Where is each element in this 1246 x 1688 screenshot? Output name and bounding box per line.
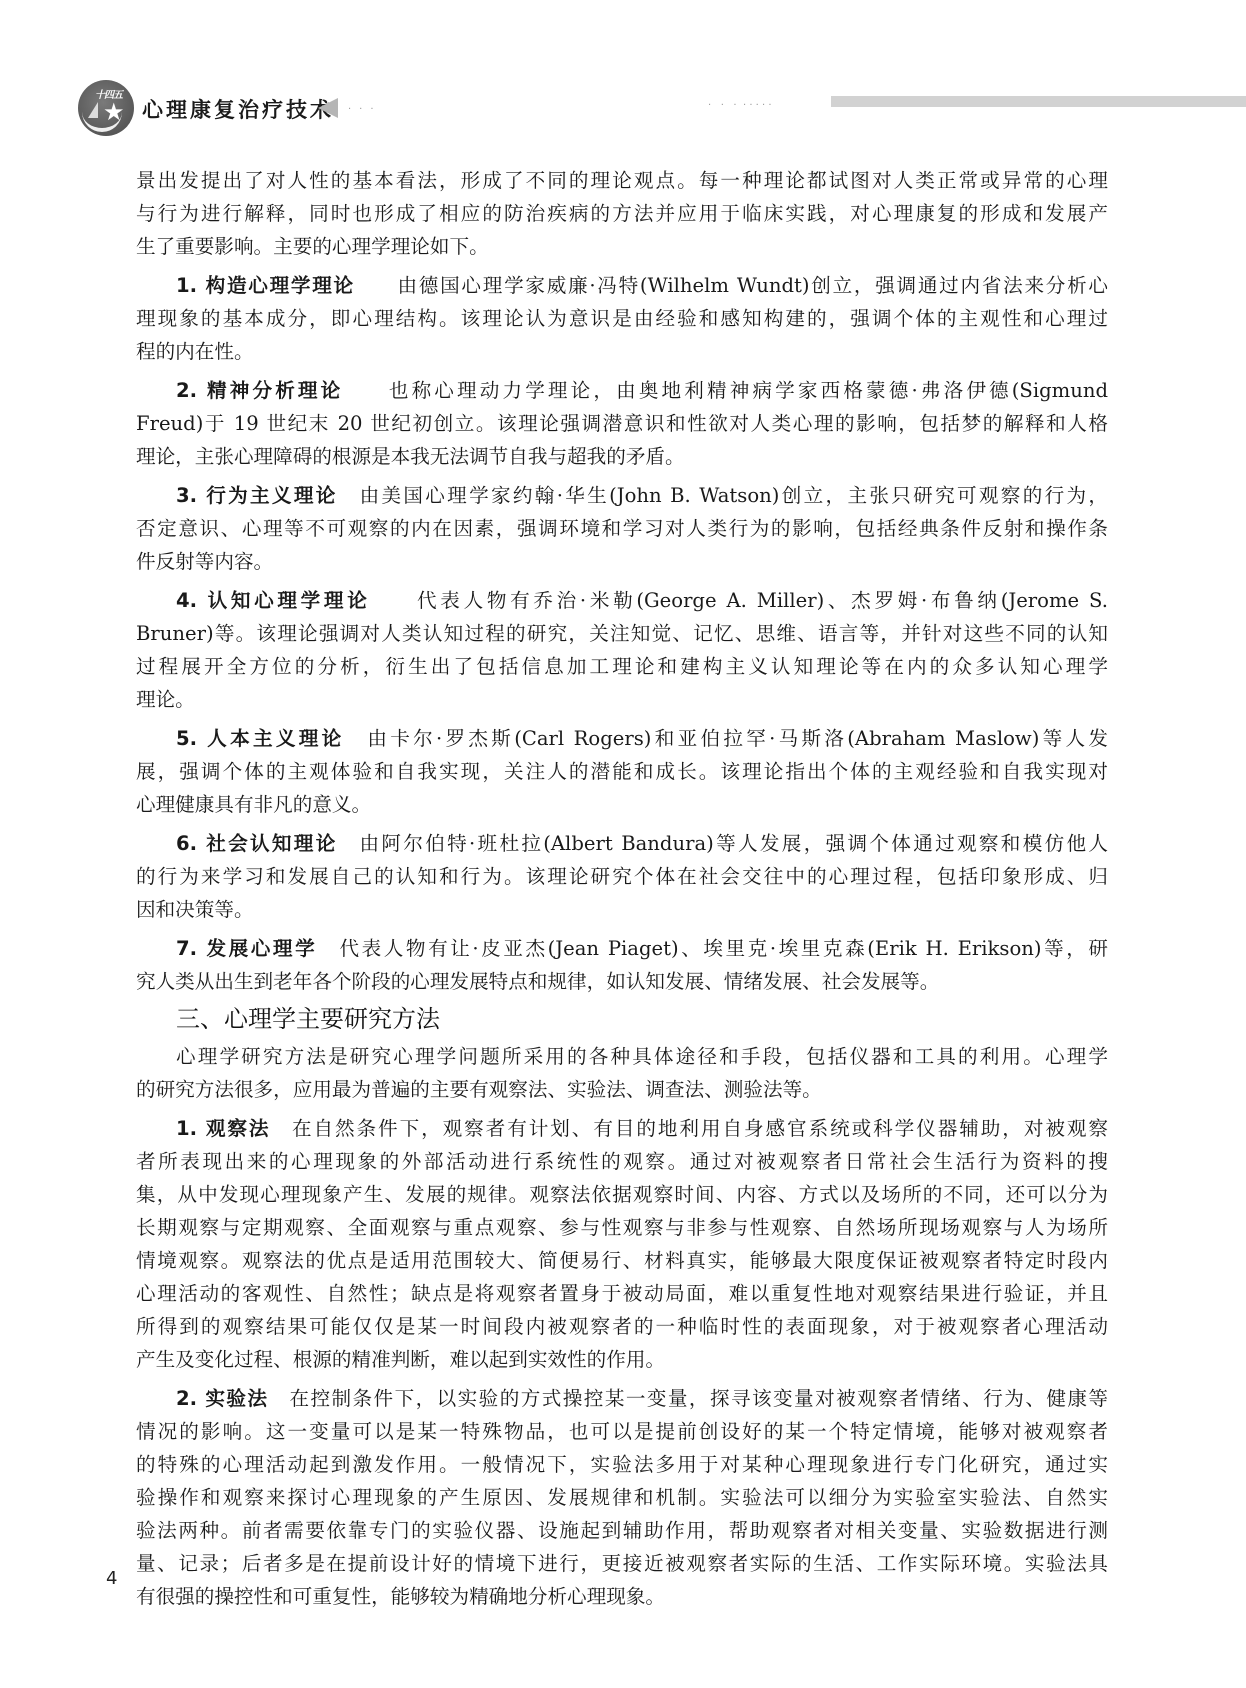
theory-heading: 1. 构造心理学理论	[176, 274, 355, 297]
paragraph-line: 理现象的基本成分，即心理结构。该理论认为意识是由经验和感知构建的，强调个体的主观…	[136, 302, 1108, 335]
theory-2-first-line: 2. 精神分析理论 也称心理动力学理论，由奥地利精神病学家西格蒙德·弗洛伊德(S…	[136, 374, 1108, 407]
theory-text: 代表人物有乔治·米勒(George A. Miller)、杰罗姆·布鲁纳(Jer…	[417, 589, 1108, 612]
method-text: 在自然条件下，观察者有计划、有目的地利用自身感官系统或科学仪器辅助，对被观察	[292, 1117, 1108, 1140]
paragraph-line: Bruner)等。该理论强调对人类认知过程的研究，关注知觉、记忆、思维、语言等，…	[136, 617, 1108, 650]
paragraph-line: 有很强的操控性和可重复性，能够较为精确地分析心理现象。	[136, 1580, 1108, 1613]
paragraph-line: 所得到的观察结果可能仅仅是某一时间段内被观察者的一种临时性的表面现象，对于被观察…	[136, 1310, 1108, 1343]
paragraph-line: 心理活动的客观性、自然性；缺点是将观察者置身于被动局面，难以重复性地对观察结果进…	[136, 1277, 1108, 1310]
method-2-first-line: 2. 实验法 在控制条件下，以实验的方式操控某一变量，探寻该变量对被观察者情绪、…	[136, 1382, 1108, 1415]
theory-3-first-line: 3. 行为主义理论 由美国心理学家约翰·华生(John B. Watson)创立…	[136, 479, 1108, 512]
paragraph-line: 究人类从出生到老年各个阶段的心理发展特点和规律，如认知发展、情绪发展、社会发展等…	[136, 965, 1108, 998]
paragraph-line: 者所表现出来的心理现象的外部活动进行系统性的观察。通过对被观察者日常社会生活行为…	[136, 1145, 1108, 1178]
theory-1-first-line: 1. 构造心理学理论 由德国心理学家威廉·冯特(Wilhelm Wundt)创立…	[136, 269, 1108, 302]
theory-heading: 7. 发展心理学	[176, 937, 317, 960]
paragraph-line: 集，从中发现心理现象产生、发展的规律。观察法依据观察时间、内容、方式以及场所的不…	[136, 1178, 1108, 1211]
theory-heading: 6. 社会认知理论	[176, 832, 338, 855]
paragraph-line: 景出发提出了对人性的基本看法，形成了不同的理论观点。每一种理论都试图对人类正常或…	[136, 164, 1108, 197]
page-header: ★ 十四五 心理康复治疗技术 ··· · · · · · · · ·	[0, 0, 1246, 150]
paragraph-line: 情境观察。观察法的优点是适用范围较大、简便易行、材料真实，能够最大限度保证被观察…	[136, 1244, 1108, 1277]
paragraph-line: 长期观察与定期观察、全面观察与重点观察、参与性观察与非参与性观察、自然场所现场观…	[136, 1211, 1108, 1244]
theory-heading: 5. 人本主义理论	[176, 727, 344, 750]
paragraph-line: 程的内在性。	[136, 335, 1108, 368]
paragraph-line: 因和决策等。	[136, 893, 1108, 926]
star-icon: ★	[103, 100, 125, 124]
theory-text: 由美国心理学家约翰·华生(John B. Watson)创立，主张只研究可观察的…	[360, 484, 1108, 507]
paragraph-line: 生了重要影响。主要的心理学理论如下。	[136, 230, 1108, 263]
paragraph-line: Freud)于 19 世纪末 20 世纪初创立。该理论强调潜意识和性欲对人类心理…	[136, 407, 1108, 440]
theory-text: 也称心理动力学理论，由奥地利精神病学家西格蒙德·弗洛伊德(Sigmund	[389, 379, 1108, 402]
method-heading: 2. 实验法	[176, 1387, 268, 1410]
method-1-first-line: 1. 观察法 在自然条件下，观察者有计划、有目的地利用自身感官系统或科学仪器辅助…	[136, 1112, 1108, 1145]
paragraph-line: 理论。	[136, 683, 1108, 716]
theory-text: 由卡尔·罗杰斯(Carl Rogers)和亚伯拉罕·马斯洛(Abraham Ma…	[367, 727, 1108, 750]
header-bar	[831, 96, 1246, 107]
paragraph-line: 验操作和观察来探讨心理现象的产生原因、发展规律和机制。实验法可以细分为实验室实验…	[136, 1481, 1108, 1514]
method-text: 在控制条件下，以实验的方式操控某一变量，探寻该变量对被观察者情绪、行为、健康等	[289, 1387, 1108, 1410]
arrow-left-icon	[318, 98, 338, 118]
paragraph-line: 过程展开全方位的分析，衍生出了包括信息加工理论和建构主义认知理论等在内的众多认知…	[136, 650, 1108, 683]
theory-heading: 4. 认知心理学理论	[176, 589, 370, 612]
theory-5-first-line: 5. 人本主义理论 由卡尔·罗杰斯(Carl Rogers)和亚伯拉罕·马斯洛(…	[136, 722, 1108, 755]
theory-text: 由阿尔伯特·班杜拉(Albert Bandura)等人发展，强调个体通过观察和模…	[360, 832, 1108, 855]
page-number: 4	[106, 1568, 117, 1589]
paragraph-line: 理论，主张心理障碍的根源是本我无法调节自我与超我的矛盾。	[136, 440, 1108, 473]
theory-7-first-line: 7. 发展心理学 代表人物有让·皮亚杰(Jean Piaget)、埃里克·埃里克…	[136, 932, 1108, 965]
theory-heading: 2. 精神分析理论	[176, 379, 343, 402]
series-logo-icon: ★ 十四五	[78, 80, 134, 136]
paragraph-line: 否定意识、心理等不可观察的内在因素，强调环境和学习对人类行为的影响，包括经典条件…	[136, 512, 1108, 545]
theory-text: 代表人物有让·皮亚杰(Jean Piaget)、埃里克·埃里克森(Erik H.…	[339, 937, 1108, 960]
method-heading: 1. 观察法	[176, 1117, 270, 1140]
theory-4-first-line: 4. 认知心理学理论 代表人物有乔治·米勒(George A. Miller)、…	[136, 584, 1108, 617]
book-title: 心理康复治疗技术	[142, 94, 334, 124]
paragraph-line: 的研究方法很多，应用最为普遍的主要有观察法、实验法、调查法、测验法等。	[136, 1073, 1108, 1106]
section-title: 三、心理学主要研究方法	[136, 998, 1108, 1040]
paragraph-line: 情况的影响。这一变量可以是某一特殊物品，也可以是提前创设好的某一个特定情境，能够…	[136, 1415, 1108, 1448]
paragraph-line: 的特殊的心理活动起到激发作用。一般情况下，实验法多用于对某种心理现象进行专门化研…	[136, 1448, 1108, 1481]
decorative-dots-right: · · · · · · · ·	[708, 100, 772, 111]
theory-6-first-line: 6. 社会认知理论 由阿尔伯特·班杜拉(Albert Bandura)等人发展，…	[136, 827, 1108, 860]
theory-heading: 3. 行为主义理论	[176, 484, 338, 507]
paragraph-line: 产生及变化过程、根源的精准判断，难以起到实效性的作用。	[136, 1343, 1108, 1376]
paragraph-line: 件反射等内容。	[136, 545, 1108, 578]
paragraph-line: 的行为来学习和发展自己的认知和行为。该理论研究个体在社会交往中的心理过程，包括印…	[136, 860, 1108, 893]
paragraph-line: 与行为进行解释，同时也形成了相应的防治疾病的方法并应用于临床实践，对心理康复的形…	[136, 197, 1108, 230]
paragraph-line: 量、记录；后者多是在提前设计好的情境下进行，更接近被观察者实际的生活、工作实际环…	[136, 1547, 1108, 1580]
paragraph-line: 心理学研究方法是研究心理学问题所采用的各种具体途径和手段，包括仪器和工具的利用。…	[136, 1040, 1108, 1073]
paragraph-line: 验法两种。前者需要依靠专门的实验仪器、设施起到辅助作用，帮助观察者对相关变量、实…	[136, 1514, 1108, 1547]
decorative-dots-left: ···	[348, 104, 382, 115]
page-body: 景出发提出了对人性的基本看法，形成了不同的理论观点。每一种理论都试图对人类正常或…	[136, 164, 1108, 1613]
paragraph-line: 心理健康具有非凡的意义。	[136, 788, 1108, 821]
logo-text: 十四五	[95, 86, 122, 101]
paragraph-line: 展，强调个体的主观体验和自我实现，关注人的潜能和成长。该理论指出个体的主观经验和…	[136, 755, 1108, 788]
theory-text: 由德国心理学家威廉·冯特(Wilhelm Wundt)创立，强调通过内省法来分析…	[397, 274, 1108, 297]
